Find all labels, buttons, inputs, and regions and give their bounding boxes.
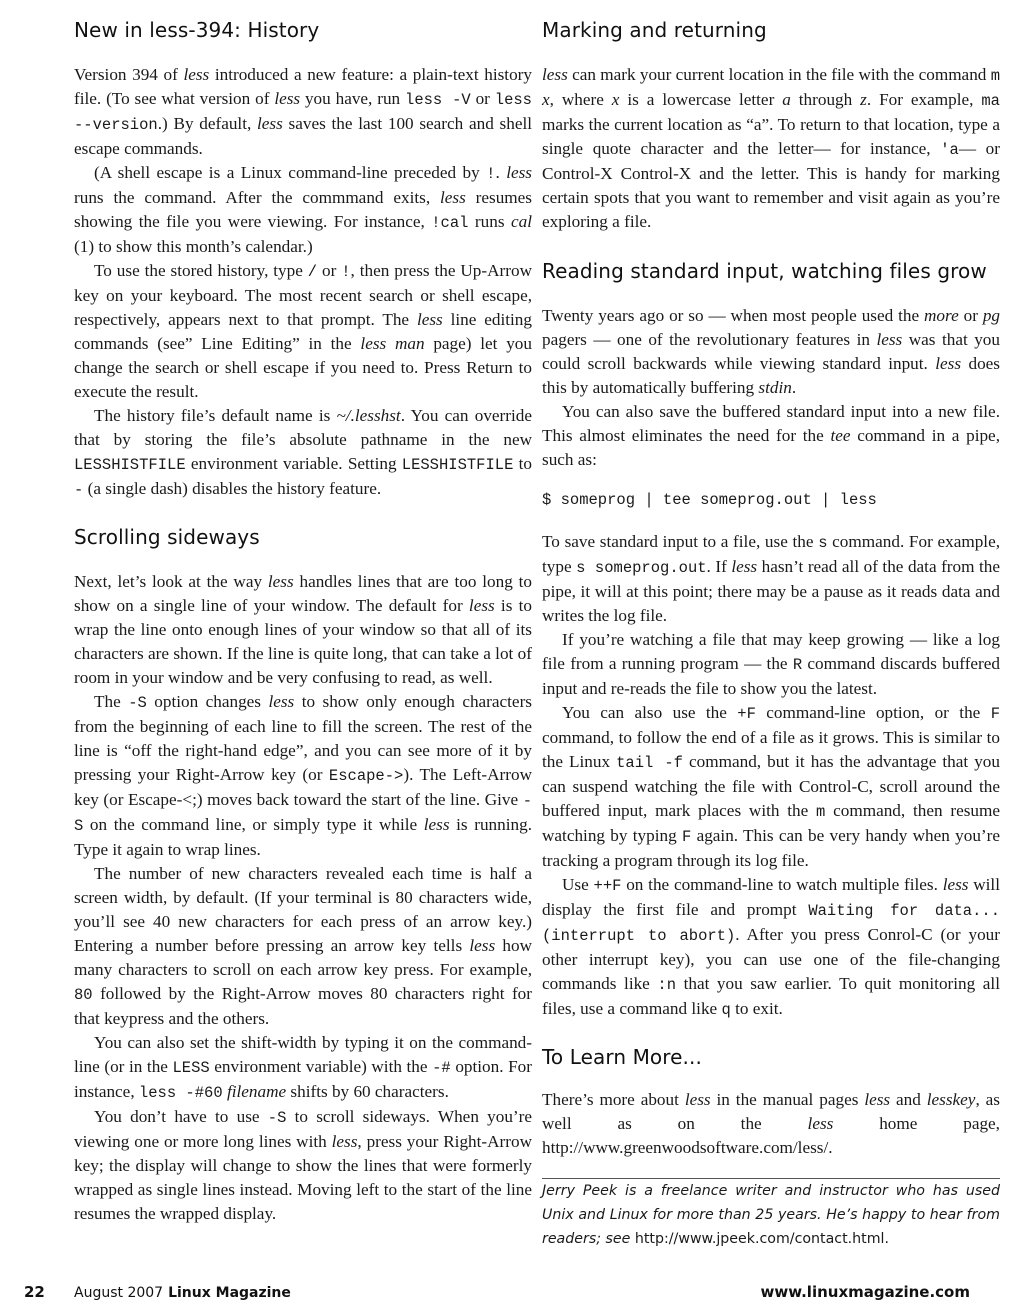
author-contact-link[interactable]: http://www.jpeek.com/contact.html. bbox=[635, 1231, 889, 1247]
inline-code: 80 bbox=[74, 986, 93, 1004]
inline-code: - bbox=[74, 481, 83, 499]
inline-code: m bbox=[991, 67, 1000, 85]
inline-code: F bbox=[991, 705, 1000, 723]
paragraph: To use the stored history, type / or !, … bbox=[74, 259, 532, 404]
italic-term: less bbox=[183, 65, 209, 84]
inline-code: -S bbox=[74, 792, 532, 835]
inline-code: ! bbox=[341, 263, 350, 281]
inline-code: s bbox=[818, 534, 827, 552]
italic-term: less bbox=[360, 334, 386, 353]
italic-term: less bbox=[876, 330, 902, 349]
inline-code: q bbox=[721, 1001, 730, 1019]
website-link[interactable]: www.linuxmagazine.com bbox=[761, 1283, 971, 1301]
italic-term: less bbox=[440, 188, 466, 207]
paragraph: Twenty years ago or so — when most peopl… bbox=[542, 304, 1000, 400]
italic-term: less bbox=[542, 65, 568, 84]
paragraph: Version 394 of less introduced a new fea… bbox=[74, 63, 532, 161]
inline-code: / bbox=[308, 263, 317, 281]
inline-code: :n bbox=[657, 976, 676, 994]
inline-code: LESSHISTFILE bbox=[402, 456, 514, 474]
italic-term: tee bbox=[830, 426, 850, 445]
italic-term: lesskey bbox=[927, 1090, 976, 1109]
italic-term: less bbox=[332, 1132, 358, 1151]
italic-term: less bbox=[469, 936, 495, 955]
italic-term: filename bbox=[227, 1082, 286, 1101]
section-body-stdin-rest: To save standard input to a file, use th… bbox=[542, 530, 1000, 1022]
inline-code: ma bbox=[981, 92, 1000, 110]
section-heading-marking: Marking and returning bbox=[542, 17, 1000, 43]
paragraph: less can mark your current location in t… bbox=[542, 63, 1000, 234]
inline-code: -# bbox=[432, 1059, 451, 1077]
italic-term: less bbox=[943, 875, 969, 894]
section-heading-history: New in less-394: History bbox=[74, 17, 532, 43]
right-column: Marking and returning less can mark your… bbox=[542, 0, 1000, 1251]
paragraph: There’s more about less in the manual pa… bbox=[542, 1088, 1000, 1160]
italic-term: less bbox=[506, 163, 532, 182]
inline-code: Escape-> bbox=[329, 767, 403, 785]
italic-term: pg bbox=[983, 306, 1000, 325]
inline-code: less -V bbox=[405, 91, 471, 109]
code-example: $ someprog | tee someprog.out | less bbox=[542, 488, 1000, 512]
section-heading-learn-more: To Learn More... bbox=[542, 1044, 1000, 1070]
inline-code: 'a bbox=[940, 141, 959, 159]
inline-code: ++F bbox=[594, 877, 622, 895]
italic-term: less bbox=[257, 114, 283, 133]
section-body-history: Version 394 of less introduced a new fea… bbox=[74, 63, 532, 502]
section-body-marking: less can mark your current location in t… bbox=[542, 63, 1000, 234]
italic-term: less bbox=[864, 1090, 890, 1109]
italic-term: stdin bbox=[758, 378, 791, 397]
inline-code: !cal bbox=[431, 214, 468, 232]
inline-code: less -#60 bbox=[139, 1084, 223, 1102]
section-body-stdin-intro: Twenty years ago or so — when most peopl… bbox=[542, 304, 1000, 472]
issue-date: August 2007 bbox=[74, 1285, 163, 1301]
inline-code: +F bbox=[737, 705, 756, 723]
magazine-brand: Linux Magazine bbox=[168, 1285, 291, 1301]
italic-term: less bbox=[469, 596, 495, 615]
inline-code: s someprog.out bbox=[576, 559, 706, 577]
paragraph: If you’re watching a file that may keep … bbox=[542, 628, 1000, 701]
section-body-scrolling: Next, let’s look at the way less handles… bbox=[74, 570, 532, 1226]
italic-term: less bbox=[274, 89, 300, 108]
left-column: New in less-394: History Version 394 of … bbox=[74, 0, 532, 1226]
italic-term: more bbox=[924, 306, 959, 325]
paragraph: You can also save the buffered standard … bbox=[542, 400, 1000, 472]
inline-code: LESS bbox=[173, 1059, 210, 1077]
italic-term: less bbox=[808, 1114, 834, 1133]
paragraph: (A shell escape is a Linux command-line … bbox=[74, 161, 532, 259]
italic-term: less bbox=[417, 310, 443, 329]
footer-left: 22 August 2007 Linux Magazine bbox=[24, 1283, 291, 1301]
inline-code: LESSHISTFILE bbox=[74, 456, 186, 474]
italic-term: less bbox=[268, 692, 294, 711]
paragraph: You don’t have to use -S to scroll sidew… bbox=[74, 1105, 532, 1226]
italic-term: z bbox=[860, 90, 867, 109]
italic-term: x bbox=[542, 90, 550, 109]
paragraph: Next, let’s look at the way less handles… bbox=[74, 570, 532, 690]
italic-term: less bbox=[935, 354, 961, 373]
inline-code: tail -f bbox=[616, 754, 683, 772]
italic-term: a bbox=[782, 90, 791, 109]
section-heading-stdin: Reading standard input, watching files g… bbox=[542, 258, 1000, 284]
paragraph: You can also use the +F command-line opt… bbox=[542, 701, 1000, 873]
inline-code: ! bbox=[486, 165, 495, 183]
section-heading-scrolling: Scrolling sideways bbox=[74, 524, 532, 550]
italic-term: ~/.lesshst bbox=[337, 406, 401, 425]
paragraph: Use ++F on the command-line to watch mul… bbox=[542, 873, 1000, 1022]
paragraph: To save standard input to a file, use th… bbox=[542, 530, 1000, 628]
section-body-learn-more: There’s more about less in the manual pa… bbox=[542, 1088, 1000, 1160]
author-bio: Jerry Peek is a freelance writer and ins… bbox=[542, 1179, 1000, 1251]
paragraph: The number of new characters revealed ea… bbox=[74, 862, 532, 1031]
inline-code: m bbox=[816, 803, 825, 821]
italic-term: man bbox=[395, 334, 425, 353]
italic-term: less bbox=[731, 557, 757, 576]
italic-term: less bbox=[268, 572, 294, 591]
paragraph: The history file’s default name is ~/.le… bbox=[74, 404, 532, 502]
inline-code: F bbox=[682, 828, 691, 846]
paragraph: The -S option changes less to show only … bbox=[74, 690, 532, 862]
paragraph: You can also set the shift-width by typi… bbox=[74, 1031, 532, 1105]
inline-code: -S bbox=[268, 1109, 287, 1127]
inline-code: Waiting for data...(interrupt to abort) bbox=[542, 902, 1000, 945]
italic-term: cal bbox=[511, 212, 532, 231]
inline-code: -S bbox=[128, 694, 147, 712]
italic-term: x bbox=[612, 90, 620, 109]
italic-term: less bbox=[685, 1090, 711, 1109]
inline-code: R bbox=[793, 656, 802, 674]
page-number: 22 bbox=[24, 1283, 74, 1301]
italic-term: less bbox=[424, 815, 450, 834]
